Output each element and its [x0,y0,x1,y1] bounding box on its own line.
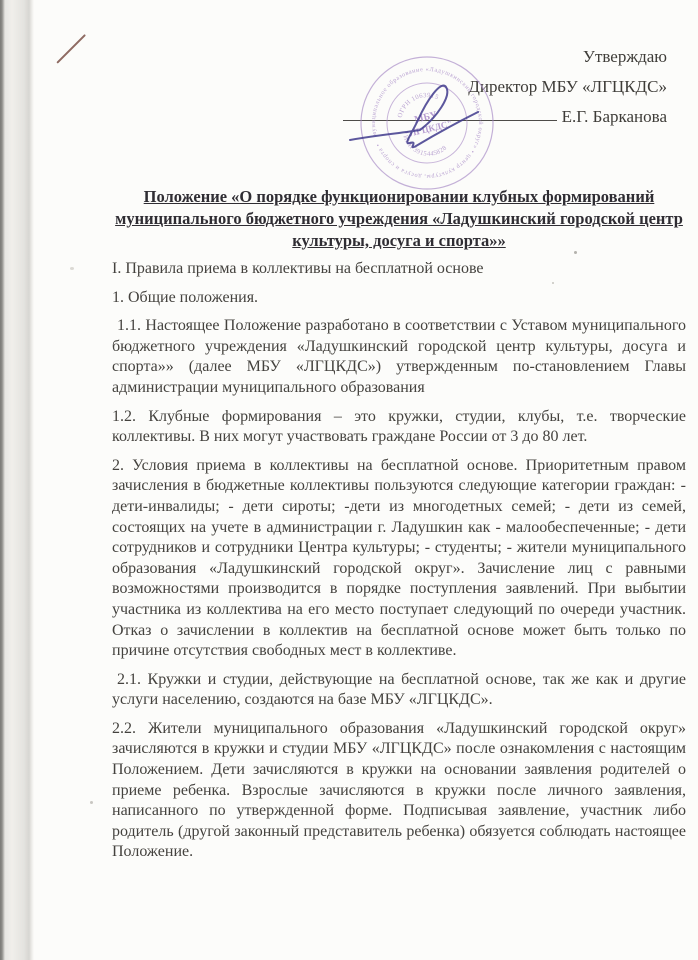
paragraph-2-1: 2.1. Кружки и студии, действующие на бес… [112,670,686,711]
pen-slash-mark [56,34,86,64]
document-title: Положение «О порядке функционировании кл… [112,186,686,252]
document-body: Положение «О порядке функционировании кл… [112,186,686,871]
section-heading-rules: I. Правила приема в коллективы на беспла… [112,259,686,280]
section-heading-general: 1. Общие положения. [112,288,686,309]
scan-edge-shadow [0,0,34,960]
scan-speck [90,801,93,804]
paragraph-2-2: 2.2. Жители муниципального образования «… [112,719,686,863]
paragraph-1-2: 1.2. Клубные формирования – это кружки, … [112,407,686,448]
handwritten-signature [330,72,570,156]
scanned-document-page: { "document": { "approval": { "approve":… [0,0,698,960]
paragraph-2: 2. Условия приема в коллективы на беспла… [112,456,686,662]
paragraph-1-1: 1.1. Настоящее Положение разработано в с… [112,316,686,398]
scan-speck [70,267,74,270]
signature-stroke [350,86,478,148]
